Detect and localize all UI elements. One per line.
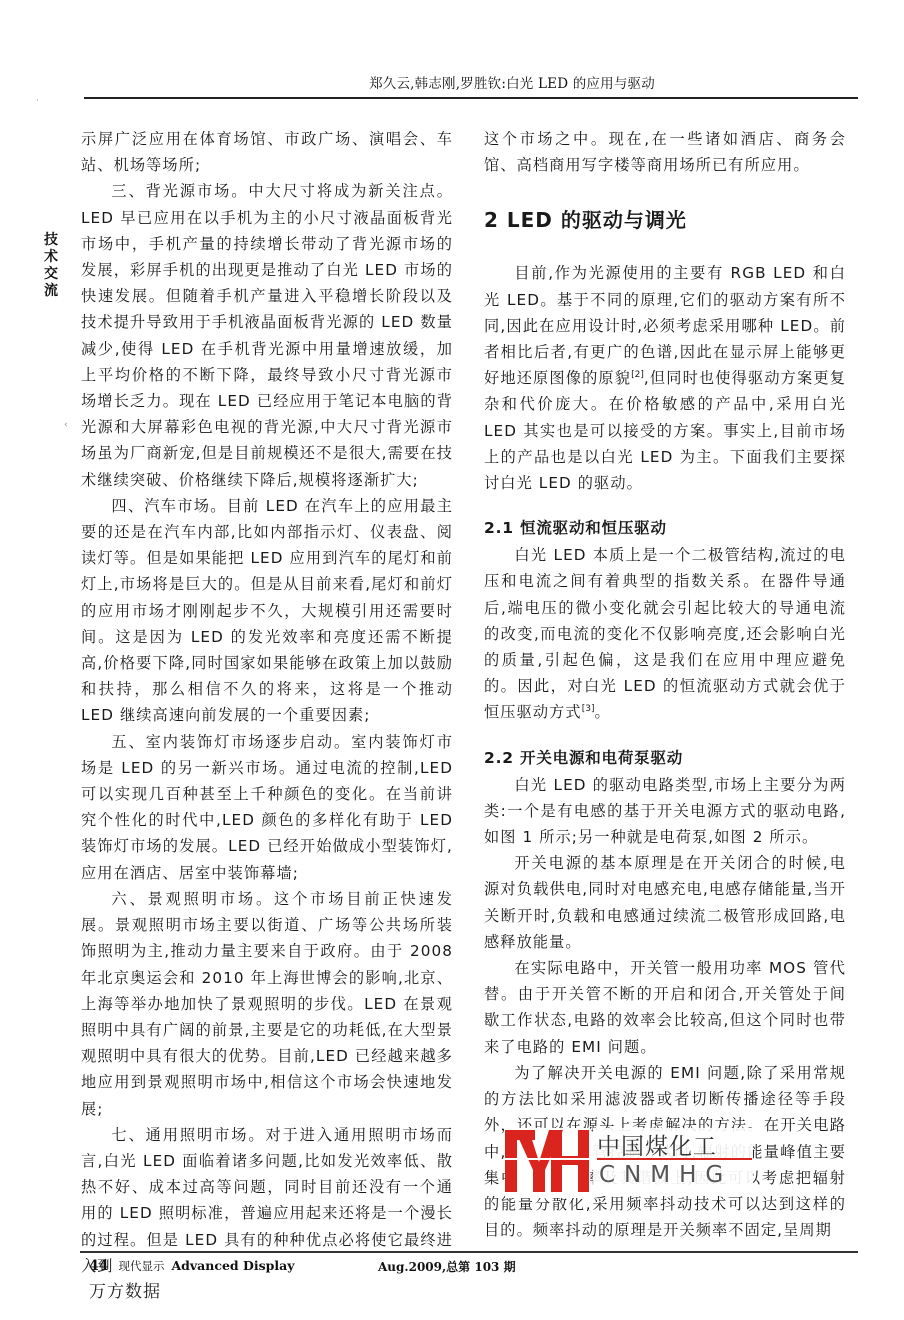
side-label-char: 流 [42, 283, 60, 300]
paragraph: 目前,作为光源使用的主要有 RGB LED 和白光 LED。基于不同的原理,它们… [484, 260, 846, 496]
paragraph: 五、室内装饰灯市场逐步启动。室内装饰灯市场是 LED 的另一新兴市场。通过电流的… [81, 729, 453, 886]
subsection-heading: 2.2 开关电源和电荷泵驱动 [484, 744, 846, 772]
paragraph: 七、通用照明市场。对于进入通用照明市场而言,白光 LED 面临着诸多问题,比如发… [81, 1122, 453, 1279]
paragraph: 开关电源的基本原理是在开关闭合的时候,电源对负载供电,同时对电感充电,电感存储能… [484, 850, 846, 955]
watermark-text-en: CNMHG [599, 1162, 732, 1188]
side-label-char: 交 [42, 266, 60, 283]
watermark-logo: 中国煤化工 CNMHG [505, 1128, 753, 1198]
running-title: 郑久云,韩志刚,罗胜钦:白光 LED 的应用与驱动 [0, 72, 904, 92]
watermark-text: 中国煤化工 CNMHG [593, 1128, 753, 1194]
scan-artifact: ‹ [64, 420, 68, 430]
paragraph-text: 。 [594, 703, 610, 721]
left-column: 示屏广泛应用在体育场馆、市政广场、演唱会、车站、机场等场所; 三、背光源市场。中… [81, 126, 453, 1279]
footer-rule [80, 1251, 858, 1253]
paragraph: 这个市场之中。现在,在一些诸如酒店、商务会馆、高档商用写字楼等商用场所已有所应用… [484, 126, 846, 178]
side-label-char: 术 [42, 249, 60, 266]
section-side-label: 技 术 交 流 [42, 232, 60, 300]
header-rule [84, 97, 858, 99]
watermark-divider [597, 1158, 752, 1160]
subsection-heading: 2.1 恒流驱动和恒压驱动 [484, 514, 846, 542]
paragraph: 白光 LED 本质上是一个二极管结构,流过的电压和电流之间有着典型的指数关系。在… [484, 542, 846, 725]
paragraph: 在实际电路中，开关管一般用功率 MOS 管代替。由于开关管不断的开启和闭合,开关… [484, 955, 846, 1060]
journal-name-cn: 现代显示 [118, 1259, 164, 1273]
page-footer: 44 现代显示 Advanced Display Aug.2009,总第 103… [89, 1258, 869, 1274]
side-label-char: 技 [42, 232, 60, 249]
paragraph: 四、汽车市场。目前 LED 在汽车上的应用最主要的还是在汽车内部,比如内部指示灯… [81, 493, 453, 729]
issue-info: Aug.2009,总第 103 期 [378, 1258, 516, 1275]
paragraph-text: ,但同时也使得驱动方案更复杂和代价庞大。在价格敏感的产品中,采用白光 LED 其… [484, 369, 846, 492]
page-number: 44 [89, 1258, 108, 1274]
paragraph: 白光 LED 的驱动电路类型,市场上主要分为两类:一个是有电感的基于开关电源方式… [484, 772, 846, 851]
journal-name-en: Advanced Display [171, 1258, 294, 1273]
paragraph: 六、景观照明市场。这个市场目前正快速发展。景观照明市场主要以街道、广场等公共场所… [81, 886, 453, 1122]
watermark-text-cn: 中国煤化工 [597, 1128, 717, 1161]
section-heading: 2 LED 的驱动与调光 [484, 206, 846, 234]
scan-artifact: · [36, 96, 39, 106]
right-column: 这个市场之中。现在,在一些诸如酒店、商务会馆、高档商用写字楼等商用场所已有所应用… [484, 126, 846, 1243]
source-label: 万方数据 [89, 1277, 161, 1302]
citation-ref[interactable]: [3] [582, 704, 595, 714]
running-title-text: 郑久云,韩志刚,罗胜钦:白光 LED 的应用与驱动 [369, 76, 655, 92]
paragraph-text: 白光 LED 本质上是一个二极管结构,流过的电压和电流之间有着典型的指数关系。在… [484, 546, 846, 721]
citation-ref[interactable]: [2] [631, 370, 644, 380]
paragraph: 三、背光源市场。中大尺寸将成为新关注点。LED 早已应用在以手机为主的小尺寸液晶… [81, 178, 453, 492]
paragraph: 示屏广泛应用在体育场馆、市政广场、演唱会、车站、机场等场所; [81, 126, 453, 178]
watermark-yh-icon [505, 1128, 590, 1198]
